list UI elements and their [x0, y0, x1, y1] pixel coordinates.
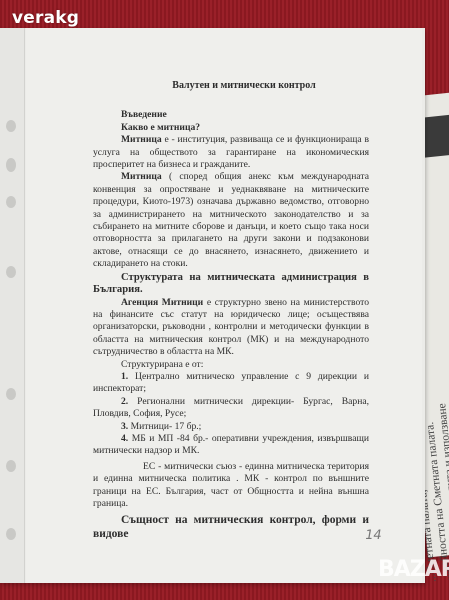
structure-item: 3. Митници- 17 бр.;: [93, 421, 369, 433]
structure-item: 2. Регионални митнически дирекции- Бурга…: [93, 396, 369, 421]
intro-heading: Въведение: [93, 109, 369, 121]
term: Митница: [121, 134, 162, 145]
item-text: Централно митническо управление с 9 дире…: [93, 371, 369, 394]
structure-intro: Структурирана е от:: [93, 359, 369, 371]
punch-hole: [6, 388, 16, 400]
structure-item: 4. МБ и МП -84 бр.- оперативни учреждени…: [93, 433, 369, 458]
item-text: Митници- 17 бр.;: [128, 421, 201, 432]
paragraph-agency: Агенция Митници е структурно звено на ми…: [93, 297, 369, 359]
paragraph-eu: ЕС - митнически съюз - единна митническа…: [93, 461, 369, 511]
paragraph-kyoto: Митница ( според общия анекс към междуна…: [93, 171, 369, 270]
document-title: Валутен и митнически контрол: [119, 80, 369, 92]
term: Митница: [121, 171, 162, 182]
term: Агенция Митници: [121, 297, 203, 308]
document-body: Валутен и митнически контрол Въведение К…: [93, 80, 369, 541]
item-text: МБ и МП -84 бр.- оперативни учреждения, …: [93, 433, 369, 456]
section-heading-structure: Структурата на митническата администраци…: [93, 272, 369, 297]
punch-hole: [6, 460, 16, 472]
punch-hole: [6, 528, 16, 540]
sleeve-punched-strip: [0, 28, 25, 583]
structure-item: 1. Централно митническо управление с 9 д…: [93, 371, 369, 396]
paragraph-definition: Митница е - институция, развиваща се и ф…: [93, 134, 369, 171]
punch-hole: [6, 196, 16, 208]
watermark-bottom: BAZAR: [378, 557, 449, 582]
watermark-top: verakg: [12, 8, 79, 28]
punch-hole: [6, 120, 16, 132]
question-heading: Какво е митница?: [93, 122, 369, 134]
punch-hole: [6, 266, 16, 278]
paragraph-text: ( според общия анекс към международната …: [93, 171, 369, 269]
item-text: Регионални митнически дирекции- Бургас, …: [93, 396, 369, 419]
punch-hole: [6, 158, 16, 172]
section-heading-essence: Същност на митническия контрол, форми и …: [93, 513, 369, 541]
